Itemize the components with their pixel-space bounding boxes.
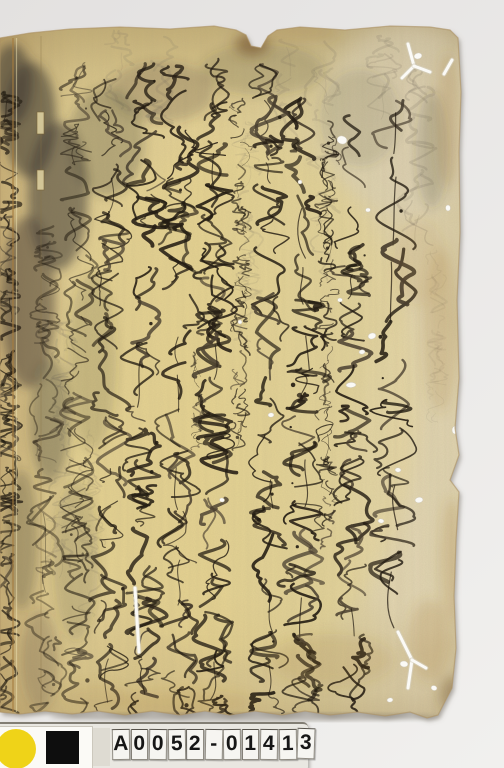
catalog-tile: 0 (149, 729, 167, 760)
stitch-mark (37, 112, 44, 134)
stain (110, 689, 254, 715)
ink-dot (236, 436, 239, 439)
catalog-tile: 4 (260, 729, 278, 760)
catalog-tile: A (112, 729, 130, 760)
catalog-tile: 1 (278, 729, 296, 760)
smudge (320, 70, 400, 166)
catalog-tile: 2 (186, 729, 204, 760)
ink-dot (179, 188, 182, 191)
ink-dot (271, 493, 274, 496)
ink-dot (257, 518, 261, 522)
ink-dot (379, 335, 383, 339)
damage-spot (338, 298, 343, 302)
stitch-mark (37, 170, 44, 190)
damage-spot (445, 205, 450, 211)
catalog-tile: 0 (131, 729, 149, 760)
stain (270, 634, 394, 686)
damage-spot (395, 467, 401, 472)
damage-spot (365, 208, 370, 212)
ink-dot (149, 322, 152, 325)
stain (440, 676, 468, 712)
ink-dot (399, 209, 402, 212)
ink-dot (272, 640, 274, 642)
damage-spot (378, 518, 384, 523)
damage-spot (359, 349, 365, 354)
catalog-number-tiles: A0052-01413 (112, 729, 315, 760)
catalog-strip: A0052-01413 (0, 722, 308, 768)
stain (260, 22, 340, 42)
ink-dot (363, 254, 365, 256)
ink-dot (85, 107, 87, 109)
ink-dot (327, 142, 330, 145)
catalog-tile: 5 (167, 729, 185, 760)
ink-dot (155, 441, 159, 445)
ink-dot (75, 76, 78, 79)
ink-dot (121, 587, 125, 591)
yellow-circle-swatch (0, 729, 36, 768)
ink-dot (1, 383, 4, 386)
ink-dot (150, 470, 154, 474)
ink-dot (290, 426, 292, 428)
ink-dot (52, 683, 55, 686)
ink-dot (291, 383, 296, 388)
color-calibration-card (0, 726, 93, 768)
stain (394, 220, 446, 304)
ink-dot (153, 80, 156, 83)
photo-frame: A0052-01413 (0, 0, 504, 768)
ink-dot (291, 482, 293, 484)
damage-spot (451, 476, 460, 484)
catalog-tile: 3 (296, 728, 315, 760)
catalog-tile: - (204, 729, 222, 760)
ink-dot (296, 545, 299, 548)
smudge (6, 470, 38, 610)
ink-dot (85, 678, 89, 682)
catalog-tile: 0 (223, 729, 241, 760)
ink-dot (382, 377, 384, 379)
stain (64, 684, 128, 708)
ink-dot (314, 689, 317, 692)
stain (408, 600, 452, 680)
ink-dot (70, 533, 73, 536)
stain (441, 498, 463, 622)
black-square-swatch (46, 731, 79, 764)
catalog-tile: 1 (242, 729, 260, 760)
gray-tile (93, 728, 110, 766)
manuscript-image (0, 0, 504, 768)
damage-spot (268, 413, 274, 418)
ink-dot (326, 246, 329, 249)
damage-spot (298, 180, 302, 184)
ink-dot (269, 145, 272, 148)
ink-dot (278, 115, 282, 119)
damage-spot (346, 382, 356, 388)
ink-dot (46, 246, 49, 249)
